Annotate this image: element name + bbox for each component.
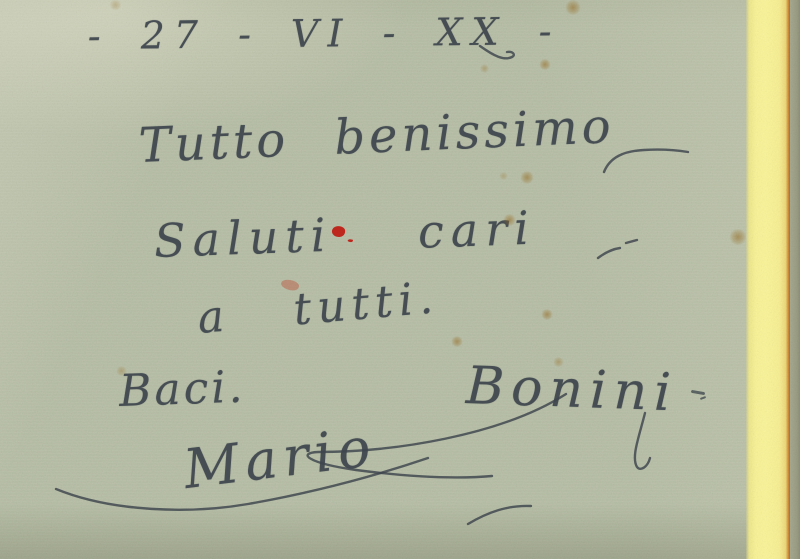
adjacent-page-edge bbox=[746, 0, 790, 559]
signature-surname: Bonini bbox=[465, 356, 679, 423]
scanned-handwritten-postcard: - 27 - VI - XX - Tutto benissimo Saluti … bbox=[0, 0, 800, 559]
handwriting-line-4: Baci. bbox=[118, 362, 246, 417]
date-line: - 27 - VI - XX - bbox=[88, 9, 561, 58]
scan-background-edge bbox=[790, 0, 800, 559]
